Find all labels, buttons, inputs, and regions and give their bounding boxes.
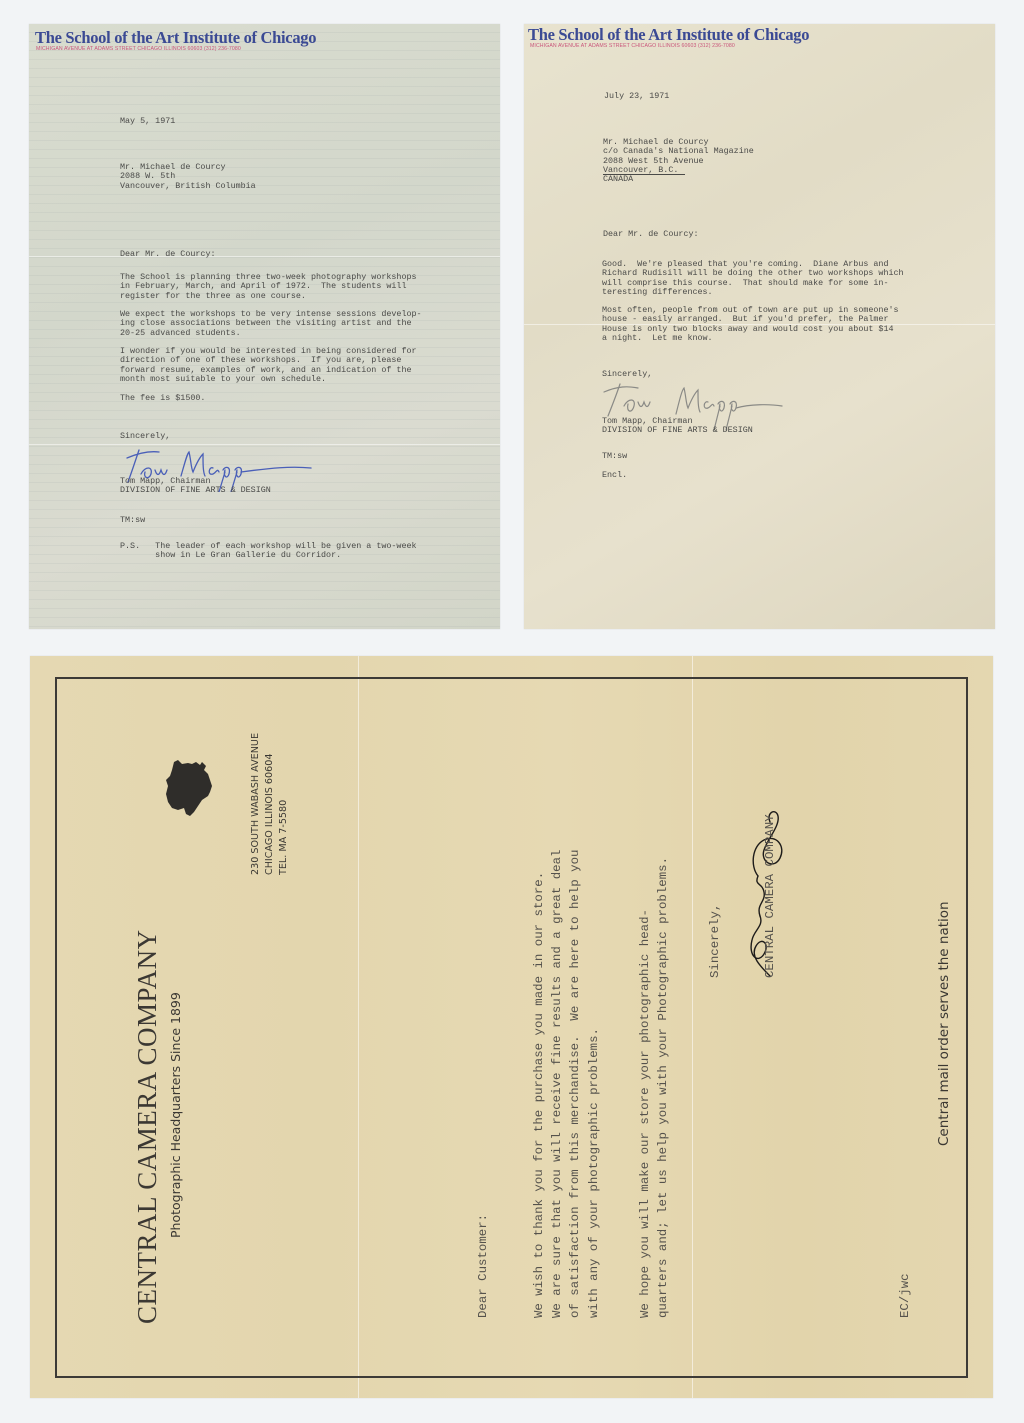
signer-name-title: Tom Mapp, Chairman DIVISION OF FINE ARTS…	[602, 417, 753, 436]
recipient-address: Mr. Michael de Courcy c/o Canada's Natio…	[603, 138, 754, 184]
salutation: Dear Mr. de Courcy:	[603, 230, 699, 239]
letterhead-title: The School of the Art Institute of Chica…	[528, 25, 809, 45]
typist-initials: TM:sw	[120, 516, 145, 525]
letter-may-5-1971: The School of the Art Institute of Chica…	[29, 24, 500, 629]
recipient-address: Mr. Michael de Courcy 2088 W. 5th Vancou…	[120, 163, 256, 191]
letterhead-address: MICHIGAN AVENUE AT ADAMS STREET CHICAGO …	[36, 46, 241, 52]
letter-date: May 5, 1971	[120, 117, 175, 126]
body-paragraph: Most often, people from out of town are …	[602, 306, 899, 343]
typist-initials: TM:sw	[602, 452, 627, 461]
body-paragraph: We expect the workshops to be very inten…	[120, 310, 422, 338]
signer-name-title: Tom Mapp, Chairman DIVISION OF FINE ARTS…	[120, 477, 271, 496]
signer-company: CENTRAL CAMERA COMPANY	[761, 814, 779, 978]
letterhead-title: The School of the Art Institute of Chica…	[35, 28, 316, 48]
company-tagline: Central mail order serves the nation	[936, 901, 952, 1146]
body-paragraph: I wonder if you would be interested in b…	[120, 347, 417, 384]
body-paragraph: We hope you will make our store your pho…	[636, 857, 672, 1318]
body-paragraph: The School is planning three two-week ph…	[120, 273, 417, 301]
letter-central-camera-company: CENTRAL CAMERA COMPANY Photographic Head…	[30, 656, 993, 1398]
signature-company	[730, 806, 790, 986]
closing: Sincerely,	[120, 432, 170, 441]
closing: Sincerely,	[706, 904, 724, 978]
letter-date: July 23, 1971	[604, 92, 669, 101]
salutation: Dear Customer:	[474, 1214, 492, 1318]
enclosure-note: Encl.	[602, 471, 627, 480]
usa-map-icon	[164, 760, 216, 816]
company-subtitle: Photographic Headquarters Since 1899	[168, 992, 183, 1238]
letter-july-23-1971: The School of the Art Institute of Chica…	[524, 24, 995, 629]
body-paragraph: The fee is $1500.	[120, 394, 205, 403]
address-underline	[603, 174, 685, 175]
letterhead-address: MICHIGAN AVENUE AT ADAMS STREET CHICAGO …	[530, 43, 735, 49]
company-address: 230 SOUTH WABASH AVENUE CHICAGO ILLINOIS…	[249, 733, 291, 875]
typist-initials: EC/jwc	[896, 1273, 914, 1318]
company-name: CENTRAL CAMERA COMPANY	[132, 929, 163, 1324]
paper-crease	[29, 256, 500, 257]
salutation: Dear Mr. de Courcy:	[120, 250, 216, 259]
body-paragraph: We wish to thank you for the purchase yo…	[530, 850, 603, 1318]
body-paragraph: Good. We're pleased that you're coming. …	[602, 260, 904, 297]
postscript: P.S. The leader of each workshop will be…	[120, 542, 417, 561]
